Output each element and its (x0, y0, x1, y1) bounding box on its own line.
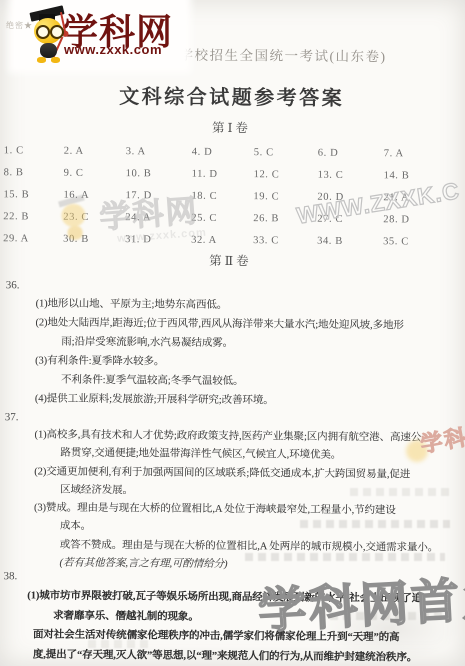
answer-cell: 13. C (317, 170, 383, 193)
ghost-mascot-icon (61, 203, 87, 228)
mascot-icon (24, 2, 80, 66)
ghost-mascot-body (67, 225, 83, 240)
bleed-through-artifact (300, 520, 450, 528)
mascot-foot (51, 57, 60, 63)
mascot-body (40, 43, 57, 58)
section-one-heading: 第Ⅰ卷 (0, 116, 464, 138)
answer-cell: 12. C (253, 169, 317, 192)
bleed-through-artifact (88, 640, 148, 648)
glasses-icon (36, 25, 50, 39)
answer-line: (4)提供工业原料;发展旅游;开展科学研究;改善环境。 (35, 389, 455, 411)
question-36-answer: (1)地形以山地、平原为主;地势东高西低。 (2)地处大陆西岸,距海近;位于西风… (35, 294, 456, 411)
scanned-document-page: 20 学校招生全国统一考试(山东卷) 文科综合试题参考答案 第Ⅰ卷 1. C 2… (0, 0, 465, 666)
question-36-label: 36. (6, 279, 20, 291)
exam-title-partial: 学校招生全国统一考试(山东卷) (179, 44, 386, 66)
answer-cell: 4. D (192, 147, 254, 169)
answer-cell: 28. D (383, 214, 443, 236)
answer-cell: 9. C (64, 168, 126, 190)
answer-cell: 15. B (3, 189, 63, 211)
answer-cell: 2. A (64, 146, 126, 168)
watermark-logo: 学科网 www.zxxk.com (56, 179, 260, 263)
answer-cell: 8. B (4, 167, 64, 189)
question-38-label: 38. (3, 570, 17, 582)
answer-cell: 22. B (3, 211, 63, 233)
question-37-label: 37. (5, 411, 19, 423)
answer-cell: 7. A (384, 148, 444, 170)
bleed-through-artifact (350, 488, 450, 496)
watermark-banner: 学科网首发 (256, 559, 465, 641)
mascot-foot (37, 57, 46, 63)
page-title: 文科综合试题参考答案 (0, 79, 464, 112)
answer-cell: 6. D (318, 148, 384, 171)
answer-cell: 1. C (4, 145, 64, 167)
answer-cell: 5. C (254, 147, 318, 170)
answer-cell: 3. A (126, 146, 192, 169)
bleed-through-artifact (245, 553, 445, 561)
